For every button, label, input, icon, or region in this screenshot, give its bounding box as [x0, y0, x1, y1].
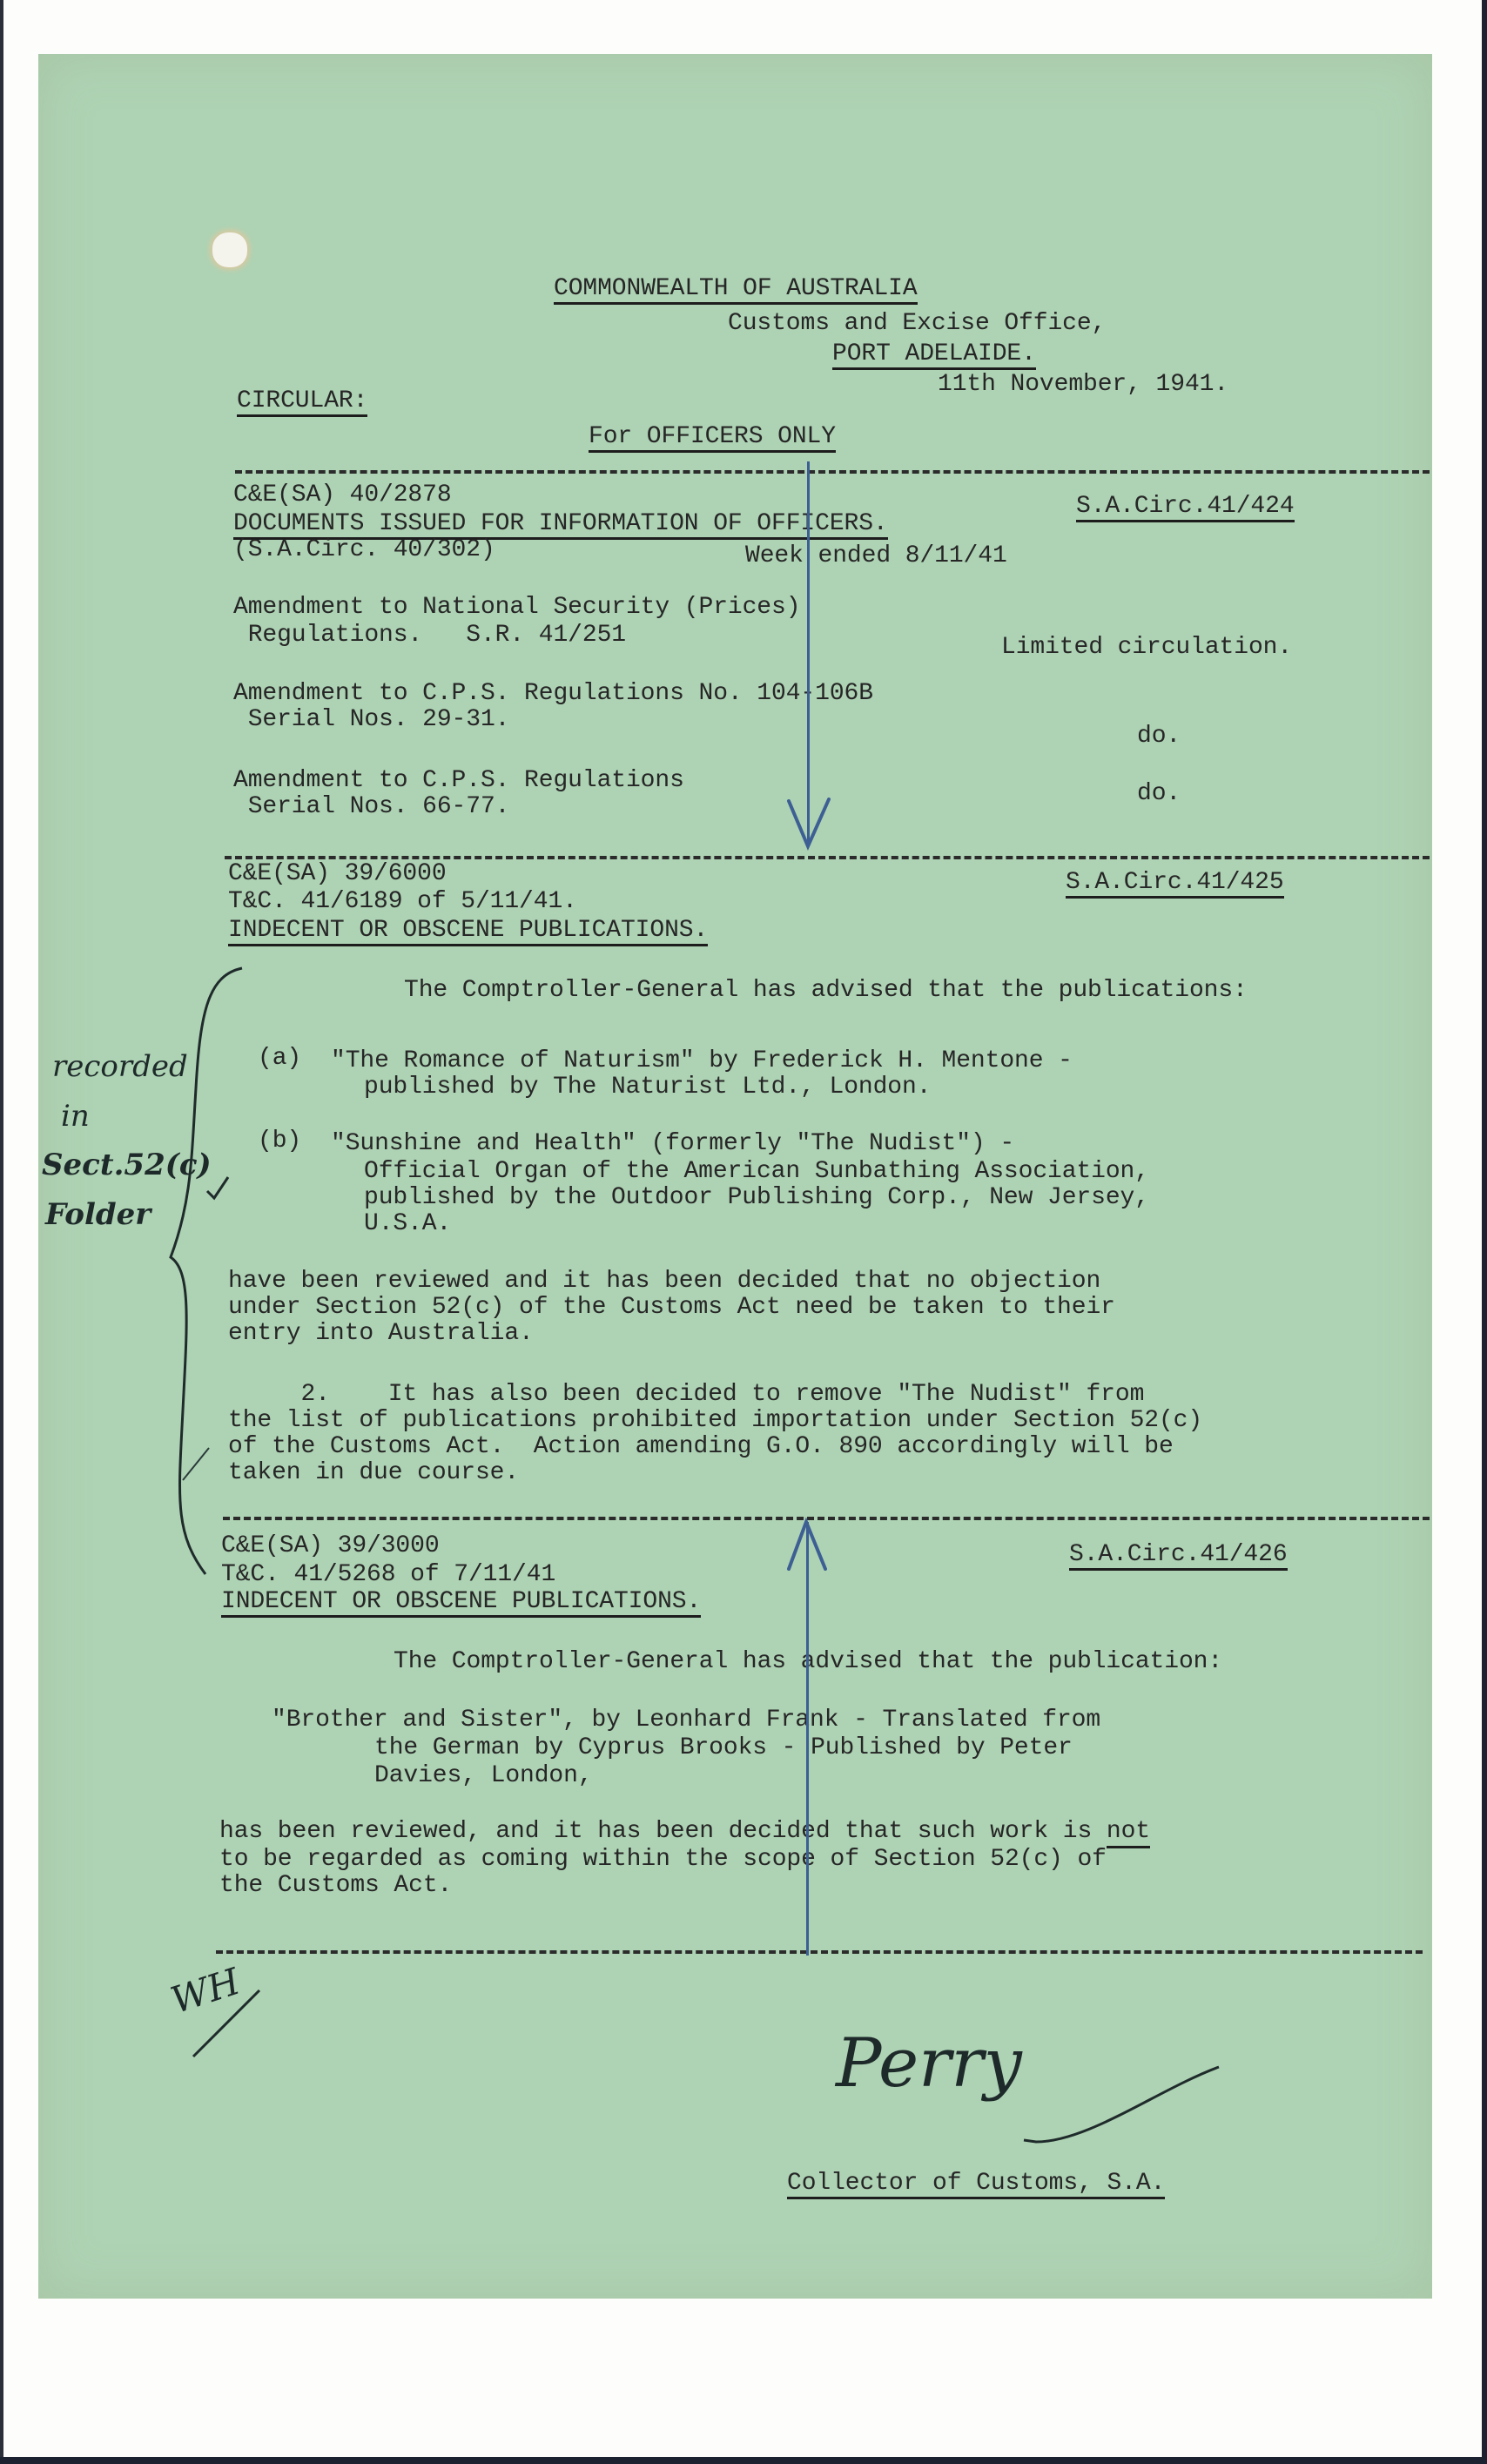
initials-stroke-icon [183, 1985, 279, 2072]
margin-note-line: Folder [45, 1197, 151, 1232]
signature-flourish-icon [914, 2055, 1245, 2159]
margin-note-line: recorded [52, 1049, 188, 1084]
margin-brace-icon [0, 0, 1487, 2464]
margin-note-line: Sect.52(c) [42, 1148, 212, 1182]
margin-note-line: in [61, 1099, 90, 1134]
signatory-title: Collector of Customs, S.A. [787, 2171, 1165, 2199]
